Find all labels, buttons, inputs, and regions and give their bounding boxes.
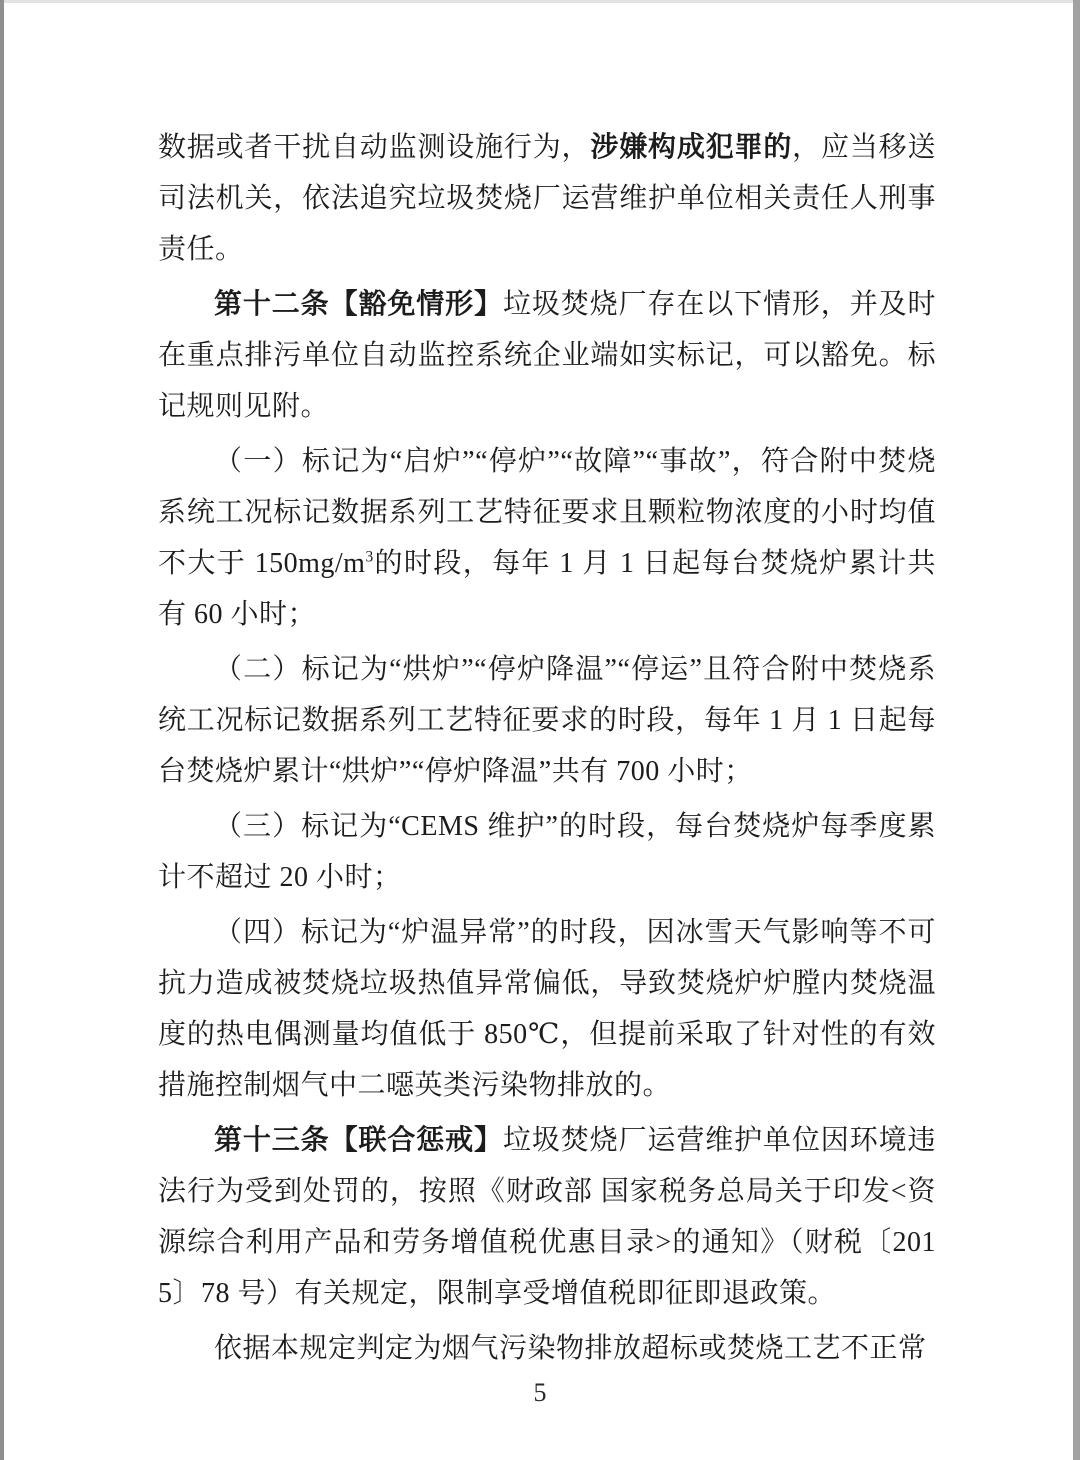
paragraph-item-1: （一）标记为“启炉”“停炉”“故障”“事故”，符合附中焚烧系统工况标记数据系列工… <box>158 436 936 640</box>
text-run: （四）标记为“炉温异常”的时段，因冰雪天气影响等不可抗力造成被焚烧垃圾热值异常偏… <box>158 917 936 1101</box>
article-13-heading: 第十三条【联合惩戒】 <box>214 1125 503 1156</box>
article-12-heading: 第十二条【豁免情形】 <box>214 289 503 320</box>
page-left-border <box>0 0 4 1460</box>
text-run: （二）标记为“烘炉”“停炉降温”“停运”且符合附中焚烧系统工况标记数据系列工艺特… <box>158 654 936 787</box>
page-number: 5 <box>0 1378 1080 1408</box>
document-text-block: 数据或者干扰自动监测设施行为，涉嫌构成犯罪的，应当移送司法机关，依法追究垃圾焚烧… <box>158 122 936 1378</box>
text-run: 数据或者干扰自动监测设施行为， <box>158 132 590 163</box>
paragraph-judgement-intro: 依据本规定判定为烟气污染物排放超标或焚烧工艺不正常 <box>158 1323 936 1374</box>
text-run: （三）标记为“CEMS 维护”的时段，每台焚烧炉每季度累计不超过 20 小时； <box>158 811 936 893</box>
superscript-cubed: 3 <box>365 549 373 566</box>
text-run: 依据本规定判定为烟气污染物排放超标或焚烧工艺不正常 <box>214 1333 927 1364</box>
paragraph-article-12-exemptions: 第十二条【豁免情形】垃圾焚烧厂存在以下情形，并及时在重点排污单位自动监控系统企业… <box>158 279 936 432</box>
page-right-border <box>1073 0 1080 1460</box>
paragraph-item-3: （三）标记为“CEMS 维护”的时段，每台焚烧炉每季度累计不超过 20 小时； <box>158 801 936 903</box>
page-top-border <box>0 0 1080 3</box>
paragraph-item-2: （二）标记为“烘炉”“停炉降温”“停运”且符合附中焚烧系统工况标记数据系列工艺特… <box>158 644 936 797</box>
bold-text-run: 涉嫌构成犯罪的 <box>590 132 792 163</box>
paragraph-article-13-joint-punishment: 第十三条【联合惩戒】垃圾焚烧厂运营维护单位因环境违法行为受到处罚的，按照《财政部… <box>158 1115 936 1319</box>
paragraph-item-4: （四）标记为“炉温异常”的时段，因冰雪天气影响等不可抗力造成被焚烧垃圾热值异常偏… <box>158 907 936 1111</box>
paragraph-criminal-liability: 数据或者干扰自动监测设施行为，涉嫌构成犯罪的，应当移送司法机关，依法追究垃圾焚烧… <box>158 122 936 275</box>
